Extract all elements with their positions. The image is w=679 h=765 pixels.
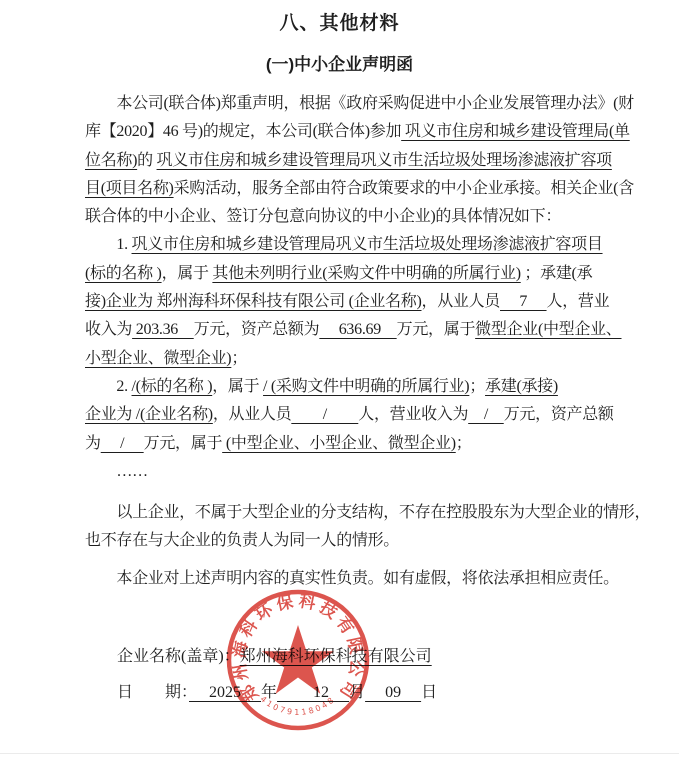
underlined-blank-text: 巩义市住房和城乡建设管理局巩义市生活垃圾处理场渗滤液扩容项: [157, 152, 612, 169]
date-day-blank: 09: [365, 684, 421, 701]
page-bottom-edge: [0, 753, 679, 754]
underlined-blank-text: (中型企业、小型企业、微型企业): [222, 435, 456, 452]
plain-text: ，属于: [212, 378, 263, 395]
underlined-blank-text: 企业为 /(企业名称): [85, 406, 213, 423]
section-title: 八、其他材料: [0, 8, 679, 35]
text-line: 企业为 /(企业名称)，从业人员 / 人，营业收入为 / 万元，资产总额: [85, 401, 600, 429]
underlined-blank-text: 636.69: [319, 321, 396, 338]
underlined-blank-text: 其他未列明行业(采购文件中明确的所属行业): [212, 265, 520, 282]
text-line: 位名称)的 巩义市住房和城乡建设管理局巩义市生活垃圾处理场渗滤液扩容项: [85, 147, 600, 175]
plain-text: 收入为: [85, 321, 132, 338]
text-line: (标的名称 )，属于 其他未列明行业(采购文件中明确的所属行业) ；承建(承: [85, 260, 600, 288]
plain-text: 以上企业，不属于大型企业的分支结构，不存在控股股东为大型企业的情形，: [85, 504, 650, 521]
underlined-blank-text: / (采购文件中明确的所属行业): [263, 378, 469, 395]
date-row: 日 期： 2025 年 12 月 09 日: [117, 682, 437, 704]
plain-text: 库【2020】46 号)的规定，本公司(联合体)参加: [85, 123, 401, 140]
plain-text: ；: [469, 378, 485, 395]
text-line: 2. /(标的名称 )，属于 / (采购文件中明确的所属行业)；承建(承接): [85, 373, 600, 401]
plain-text: ，属于: [162, 265, 213, 282]
text-line: 本公司(联合体)郑重声明，根据《政府采购促进中小企业发展管理办法》(财: [85, 90, 600, 118]
plain-text: ，从业人员: [213, 406, 292, 423]
underlined-blank-text: 接)企业为 郑州海科环保科技有限公司 (企业名称): [85, 293, 422, 310]
company-name-label: 企业名称(盖章)：: [117, 648, 240, 665]
plain-text: 的: [137, 152, 156, 169]
text-line: 本企业对上述声明内容的真实性负责。如有虚假，将依法承担相应责任。: [85, 565, 600, 593]
date-year-blank: 2025: [189, 684, 261, 701]
plain-text: 采购活动，服务全部由符合政策要求的中小企业承接。相关企业(含: [174, 180, 634, 197]
underlined-blank-text: 位名称): [85, 152, 137, 169]
plain-text: 本公司(联合体)郑重声明，根据《政府采购促进中小企业发展管理办法》(财: [85, 95, 634, 112]
plain-text: 万元，属于: [144, 435, 223, 452]
date-day-unit: 日: [421, 684, 437, 701]
plain-text: ；: [231, 350, 247, 367]
text-line: 联合体的中小企业、签订分包意向协议的中小企业)的具体情况如下：: [85, 203, 600, 231]
underlined-blank-text: 203.36: [132, 321, 194, 338]
plain-text: 人，营业收入为: [358, 406, 468, 423]
plain-text: 万元，资产总额: [504, 406, 614, 423]
date-month-unit: 月: [349, 684, 365, 701]
plain-text: 本企业对上述声明内容的真实性负责。如有虚假，将依法承担相应责任。: [85, 570, 619, 587]
plain-text: ……: [85, 463, 148, 480]
date-year-unit: 年: [261, 684, 277, 701]
text-line: 以上企业，不属于大型企业的分支结构，不存在控股股东为大型企业的情形，: [85, 499, 600, 527]
company-name-row: 企业名称(盖章)：郑州海科环保科技有限公司: [117, 646, 432, 668]
text-line: 库【2020】46 号)的规定，本公司(联合体)参加 巩义市住房和城乡建设管理局…: [85, 118, 600, 146]
plain-text: 为: [85, 435, 101, 452]
plain-text: ；承建(承: [521, 265, 593, 282]
text-line: 也不存在与大企业的负责人为同一人的情形。: [85, 527, 600, 555]
underlined-blank-text: /(标的名称 ): [132, 378, 213, 395]
underlined-blank-text: 巩义市住房和城乡建设管理局巩义市生活垃圾处理场渗滤液扩容项目: [132, 236, 603, 253]
underlined-blank-text: 小型企业、微型企业): [85, 350, 231, 367]
underlined-blank-text: 巩义市住房和城乡建设管理局(单: [401, 123, 630, 140]
company-name-value: 郑州海科环保科技有限公司: [240, 648, 432, 665]
underlined-blank-text: 7: [500, 293, 547, 310]
closing-paragraph-lines: 以上企业，不属于大型企业的分支结构，不存在控股股东为大型企业的情形，也不存在与大…: [85, 499, 600, 556]
underlined-blank-text: /: [291, 406, 358, 423]
plain-text: 也不存在与大企业的负责人为同一人的情形。: [85, 532, 399, 549]
plain-text: 联合体的中小企业、签订分包意向协议的中小企业)的具体情况如下：: [85, 208, 561, 225]
underlined-blank-text: /: [468, 406, 504, 423]
text-line: 收入为 203.36 万元，资产总额为 636.69 万元，属于微型企业(中型企…: [85, 316, 600, 344]
underlined-blank-text: 微型企业(中型企业、: [475, 321, 621, 338]
date-month-blank: 12: [277, 684, 349, 701]
plain-text: 2.: [85, 378, 132, 395]
text-line: 1. 巩义市住房和城乡建设管理局巩义市生活垃圾处理场渗滤液扩容项目: [85, 231, 600, 259]
text-line: 小型企业、微型企业)；: [85, 345, 600, 373]
underlined-blank-text: (标的名称 ): [85, 265, 162, 282]
page-title: (一)中小企业声明函: [0, 50, 679, 75]
responsibility-paragraph-lines: 本企业对上述声明内容的真实性负责。如有虚假，将依法承担相应责任。: [85, 565, 600, 593]
text-line: 目(项目名称)采购活动，服务全部由符合政策要求的中小企业承接。相关企业(含: [85, 175, 600, 203]
underlined-blank-text: 承建(承接): [485, 378, 558, 395]
plain-text: ，从业人员: [422, 293, 501, 310]
date-label: 日 期：: [117, 684, 189, 701]
text-line: 为 / 万元，属于 (中型企业、小型企业、微型企业)；: [85, 430, 600, 458]
plain-text: 1.: [85, 236, 132, 253]
text-line: 接)企业为 郑州海科环保科技有限公司 (企业名称)，从业人员 7 人，营业: [85, 288, 600, 316]
underlined-blank-text: 目(项目名称): [85, 180, 174, 197]
main-paragraph-lines: 本公司(联合体)郑重声明，根据《政府采购促进中小企业发展管理办法》(财库【202…: [85, 90, 600, 486]
plain-text: ；: [456, 435, 472, 452]
declaration-document-page: 八、其他材料 (一)中小企业声明函 本公司(联合体)郑重声明，根据《政府采购促进…: [0, 0, 679, 765]
plain-text: 人，营业: [547, 293, 610, 310]
underlined-blank-text: /: [101, 435, 144, 452]
plain-text: 万元，资产总额为: [194, 321, 320, 338]
plain-text: 万元，属于: [397, 321, 476, 338]
text-line: ……: [85, 458, 600, 486]
